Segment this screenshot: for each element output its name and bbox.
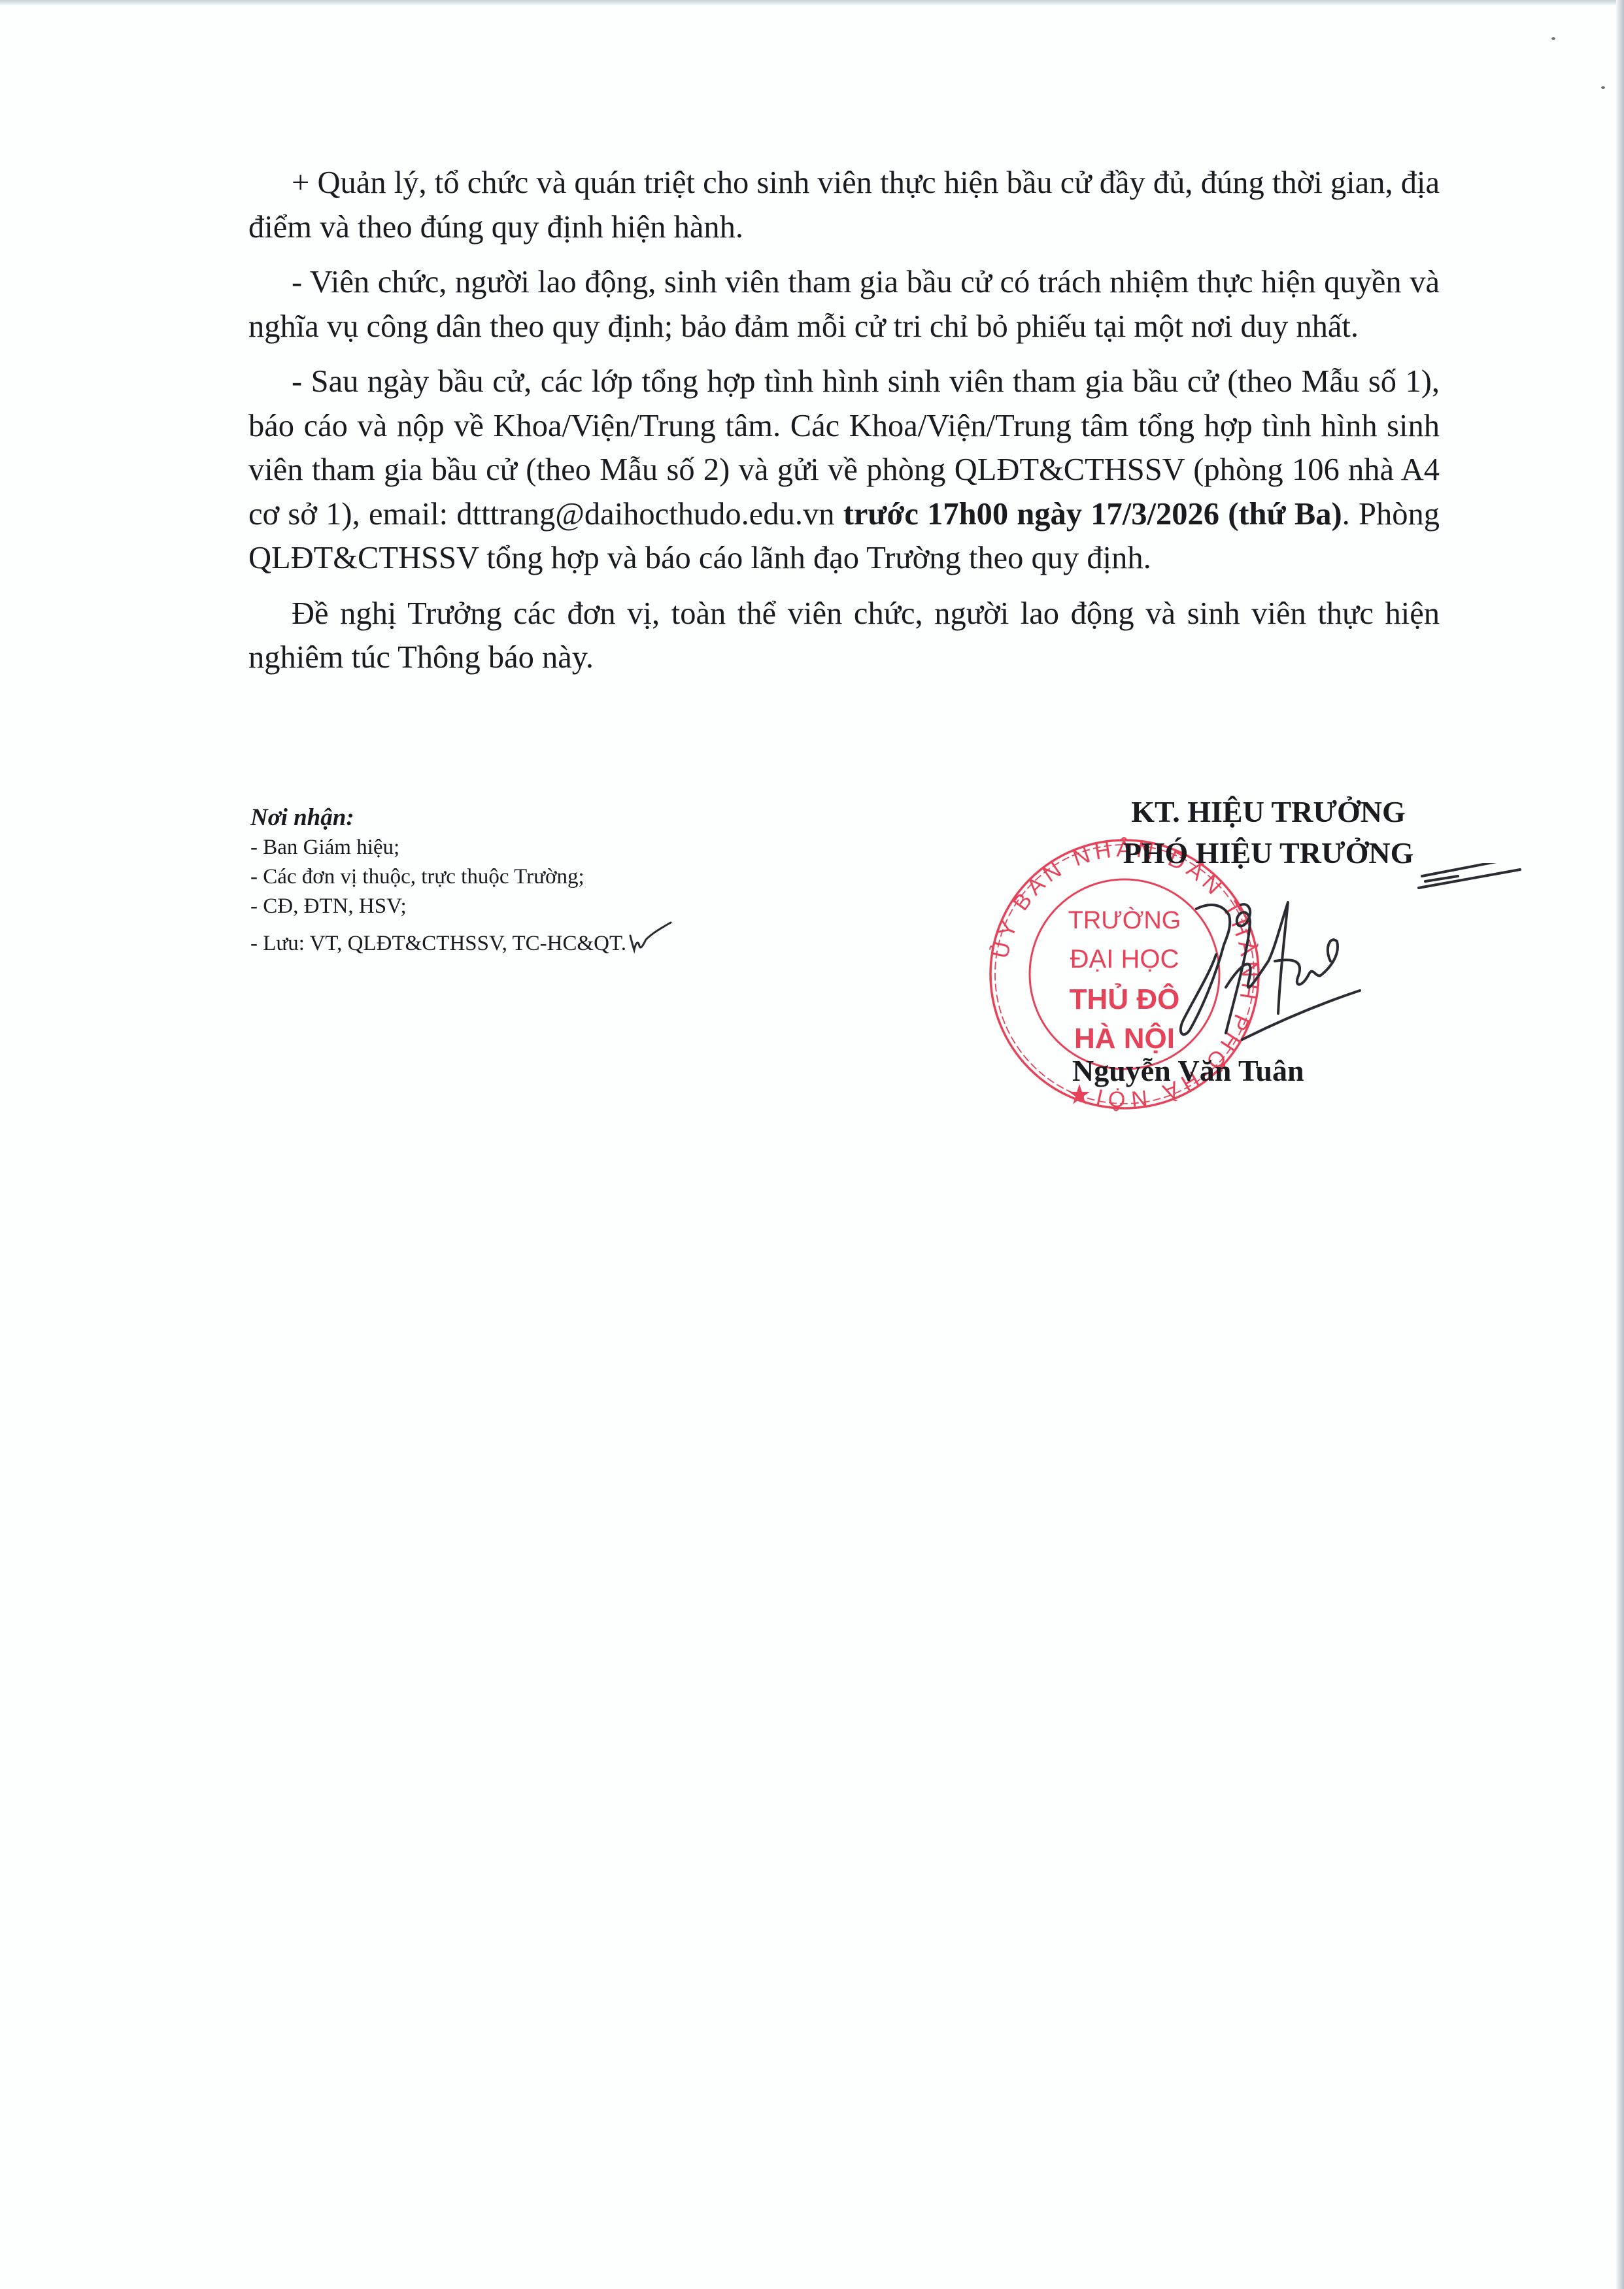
paragraph-request: Đề nghị Trưởng các đơn vị, toàn thể viên… [248,592,1440,680]
document-body: + Quản lý, tổ chức và quán triệt cho sin… [248,161,1440,691]
scan-edge-top [0,0,1624,5]
svg-text:HÀ NỘI: HÀ NỘI [1074,1021,1175,1055]
paragraph-text: - Viên chức, người lao động, sinh viên t… [248,265,1440,344]
initial-mark-icon [628,921,673,954]
recipients-block: Nơi nhận: - Ban Giám hiệu; - Các đơn vị … [250,803,839,958]
paragraph-text: Đề nghị Trưởng các đơn vị, toàn thể viên… [248,596,1440,675]
recipient-item: - Các đơn vị thuộc, trực thuộc Trường; [250,862,839,892]
svg-text:ĐẠI HỌC: ĐẠI HỌC [1070,945,1179,974]
signature-title-line1: KT. HIỆU TRƯỞNG [1020,791,1517,832]
paragraph-text: + Quản lý, tổ chức và quán triệt cho sin… [248,165,1440,245]
handwritten-signature [1164,863,1530,1079]
scan-speck [1601,86,1605,89]
scan-speck [1551,37,1555,40]
paragraph-manage-students: + Quản lý, tổ chức và quán triệt cho sin… [248,161,1440,249]
recipient-item: - Ban Giám hiệu; [250,833,839,862]
deadline-emphasis: trước 17h00 ngày 17/3/2026 (thứ Ba) [843,497,1342,532]
scan-edge-right [1616,0,1624,2289]
recipient-item-text: - Lưu: VT, QLĐT&CTHSSV, TC-HC&QT. [250,932,626,955]
paragraph-voter-responsibility: - Viên chức, người lao động, sinh viên t… [248,260,1440,348]
signature-title-block: KT. HIỆU TRƯỞNG PHÓ HIỆU TRƯỞNG [1020,791,1517,873]
paragraph-post-election-report: - Sau ngày bầu cử, các lớp tổng hợp tình… [248,360,1440,581]
recipient-item: - Lưu: VT, QLĐT&CTHSSV, TC-HC&QT. [250,921,839,958]
recipient-item: - CĐ, ĐTN, HSV; [250,892,839,921]
recipients-heading: Nơi nhận: [250,803,839,833]
